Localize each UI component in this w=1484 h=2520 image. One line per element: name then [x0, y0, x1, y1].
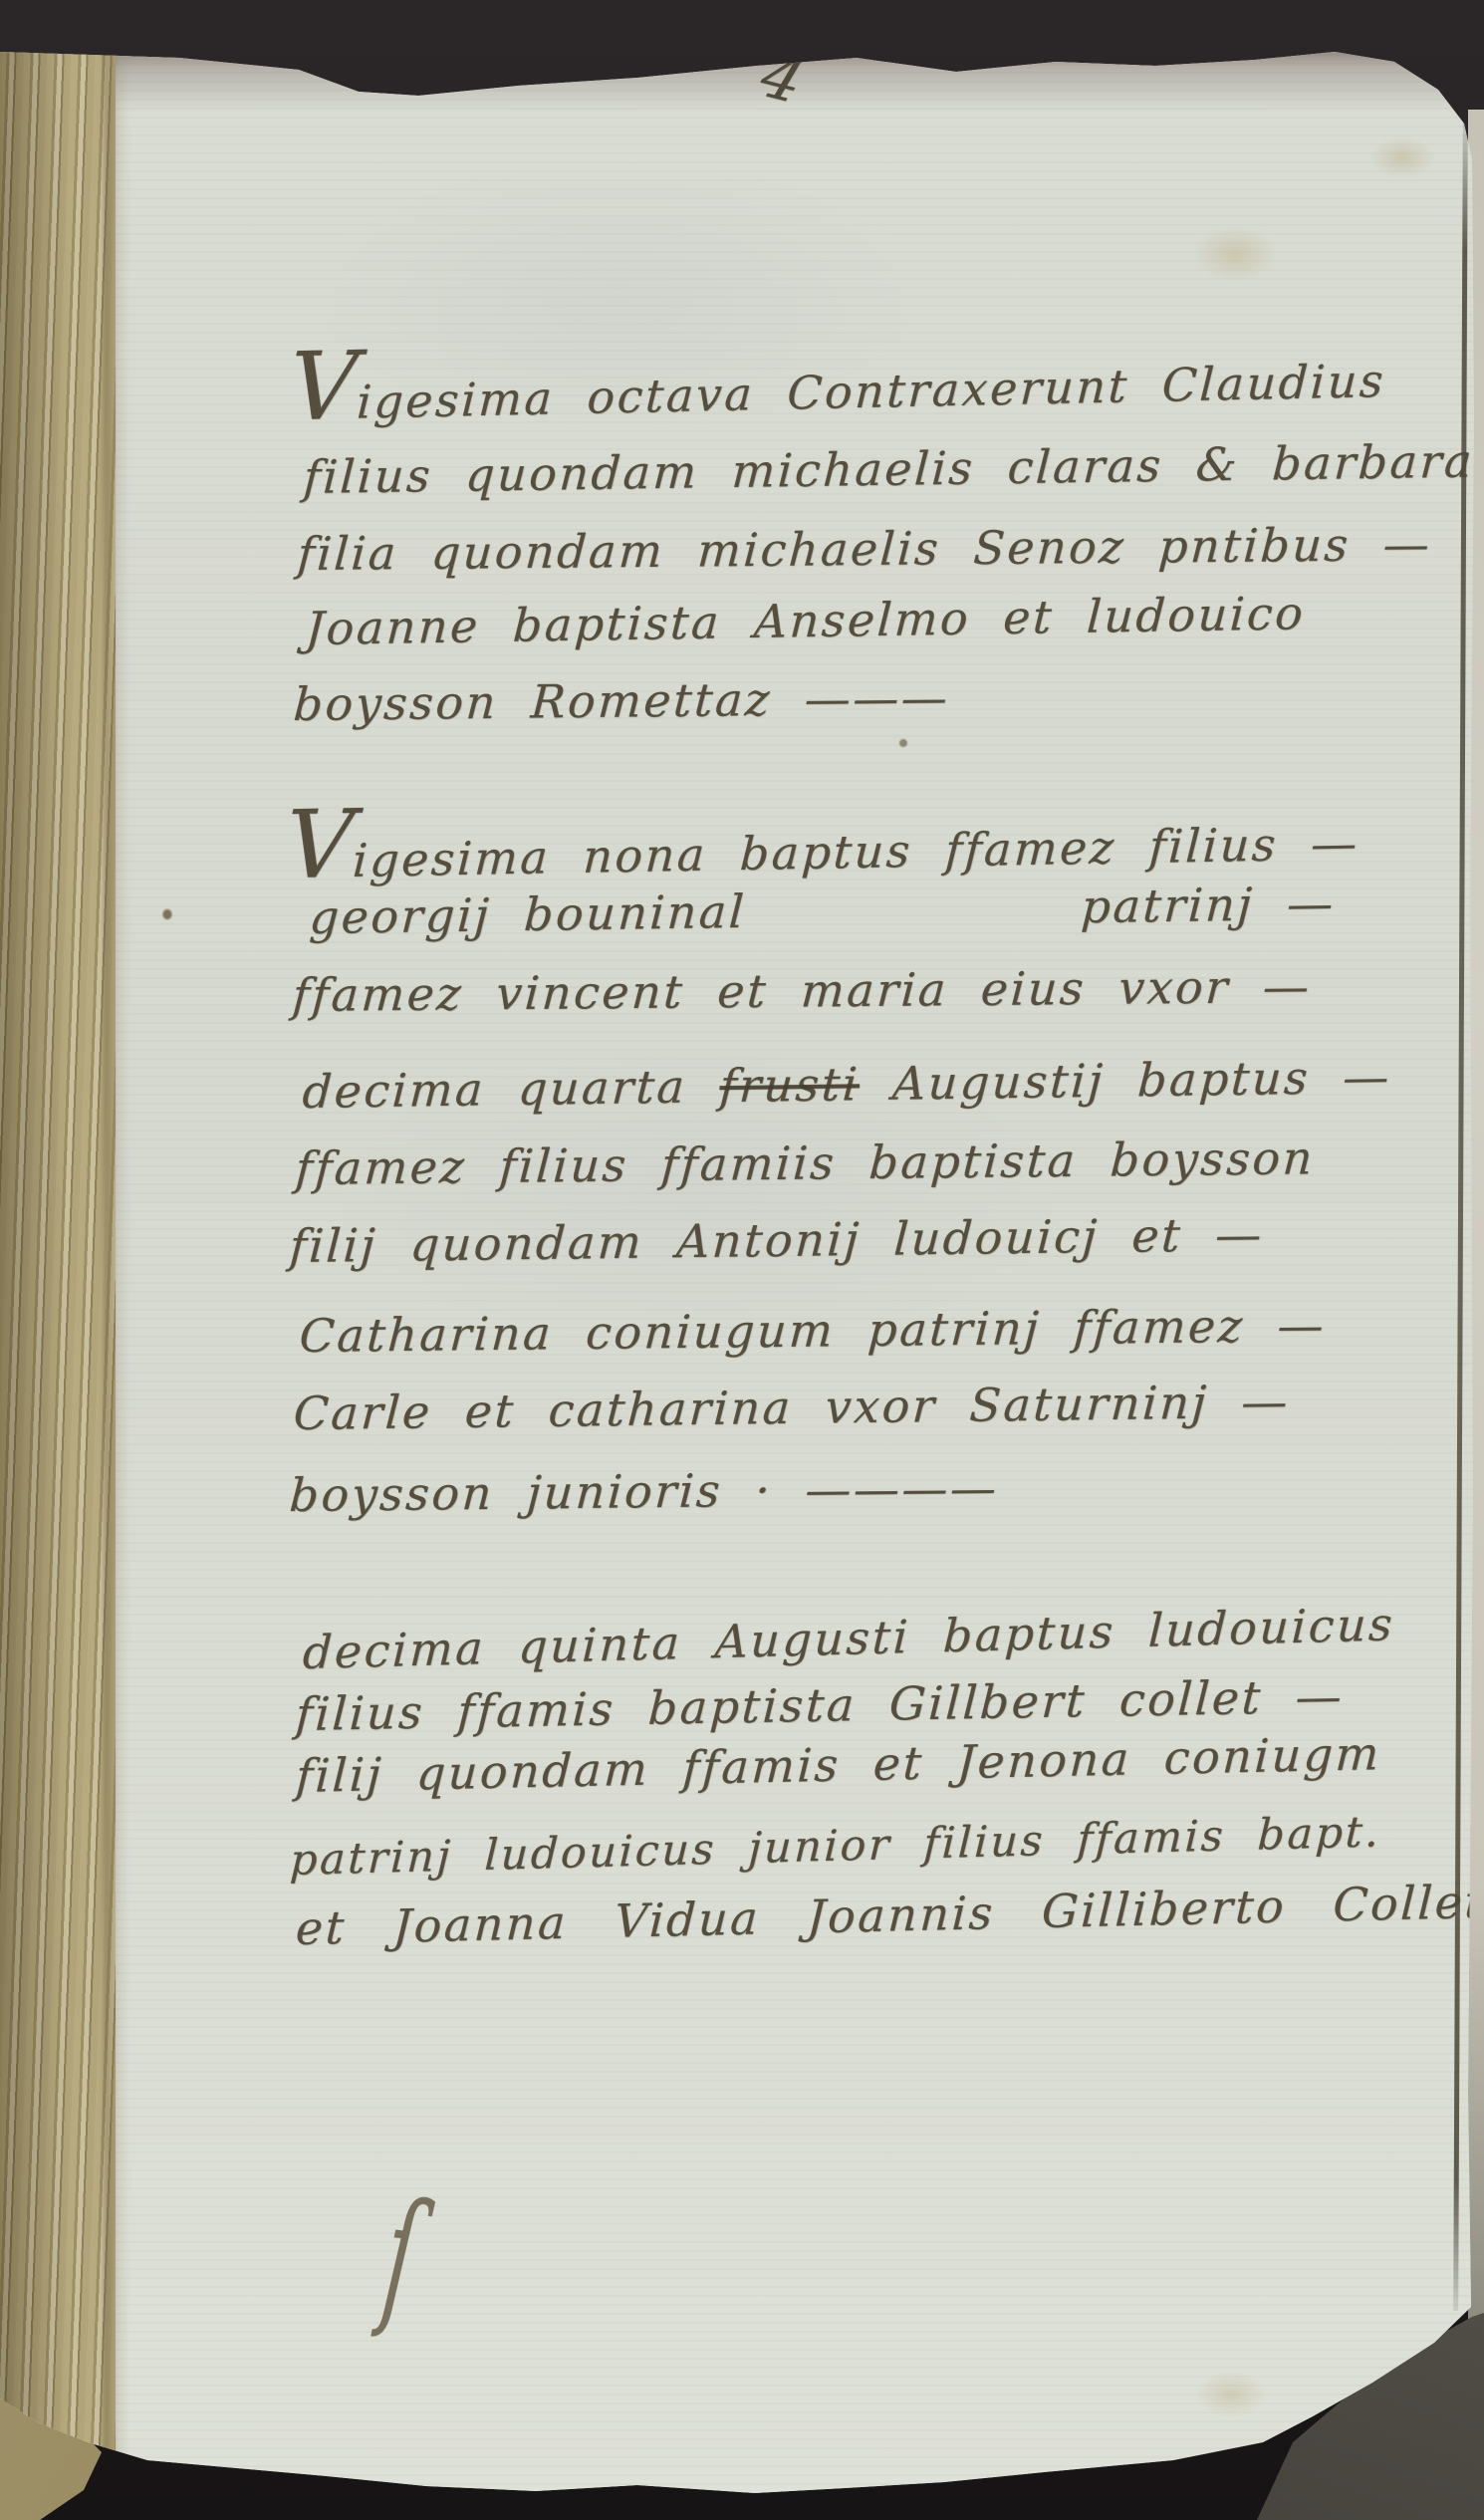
- binding-edge-stack: [0, 44, 116, 2504]
- manuscript-phrase: decima quarta: [301, 1059, 721, 1119]
- manuscript-line: Vigesima octava Contraxerunt Claudius: [288, 344, 1387, 426]
- manuscript-line: filia quondam michaelis Senoz pntibus —: [296, 523, 1432, 577]
- manuscript-page: 4 Vigesima octava Contraxerunt Claudius …: [0, 0, 1484, 2520]
- manuscript-line: Carle et catharina vxor Saturninj —: [292, 1381, 1291, 1436]
- manuscript-line: filij quondam Antonij ludouicj et —: [288, 1213, 1265, 1269]
- manuscript-line: Catharina coniugum patrinj ffamez —: [298, 1304, 1327, 1359]
- manuscript-line: filius quondam michaelis claras & barbar…: [303, 438, 1484, 499]
- manuscript-phrase: georgij bouninal: [309, 890, 748, 940]
- manuscript-line: boysson junioris · ————: [288, 1467, 999, 1518]
- manuscript-line: patrinj ludouicus junior filius ffamis b…: [289, 1812, 1381, 1882]
- manuscript-line: ffamez filius ffamiis baptista boysson: [294, 1136, 1316, 1190]
- manuscript-line: ffamez vincent et maria eius vxor —: [291, 965, 1313, 1018]
- manuscript-line: filij quondam ffamis et Jenona coniugm: [295, 1732, 1382, 1799]
- manuscript-phrase: Augustij baptus —: [859, 1050, 1393, 1112]
- manuscript-line: georgij bouninal patrinj —: [309, 882, 1337, 940]
- manuscript-line: et Joanna Vidua Joannis Gilliberto Colle…: [295, 1881, 1484, 1951]
- manuscript-photo: 4 Vigesima octava Contraxerunt Claudius …: [0, 0, 1484, 2520]
- manuscript-line: Vigesima nona baptus ffamez filius —: [284, 806, 1361, 884]
- manuscript-line: filius ffamis baptista Gillbert collet —: [295, 1675, 1346, 1737]
- folio-number: 4: [751, 39, 814, 118]
- manuscript-phrase: patrinj —: [1080, 882, 1336, 929]
- manuscript-line: decima quarta frusti Augustij baptus —: [302, 1056, 1393, 1115]
- struck-word: frusti: [718, 1057, 861, 1113]
- stray-pen-mark: ſ: [375, 2169, 427, 2345]
- manuscript-line: decima quinta Augusti baptus ludouicus: [302, 1603, 1395, 1674]
- manuscript-line: Joanne baptista Anselmo et ludouico: [305, 592, 1307, 650]
- manuscript-line: boysson Romettaz ———: [292, 676, 950, 727]
